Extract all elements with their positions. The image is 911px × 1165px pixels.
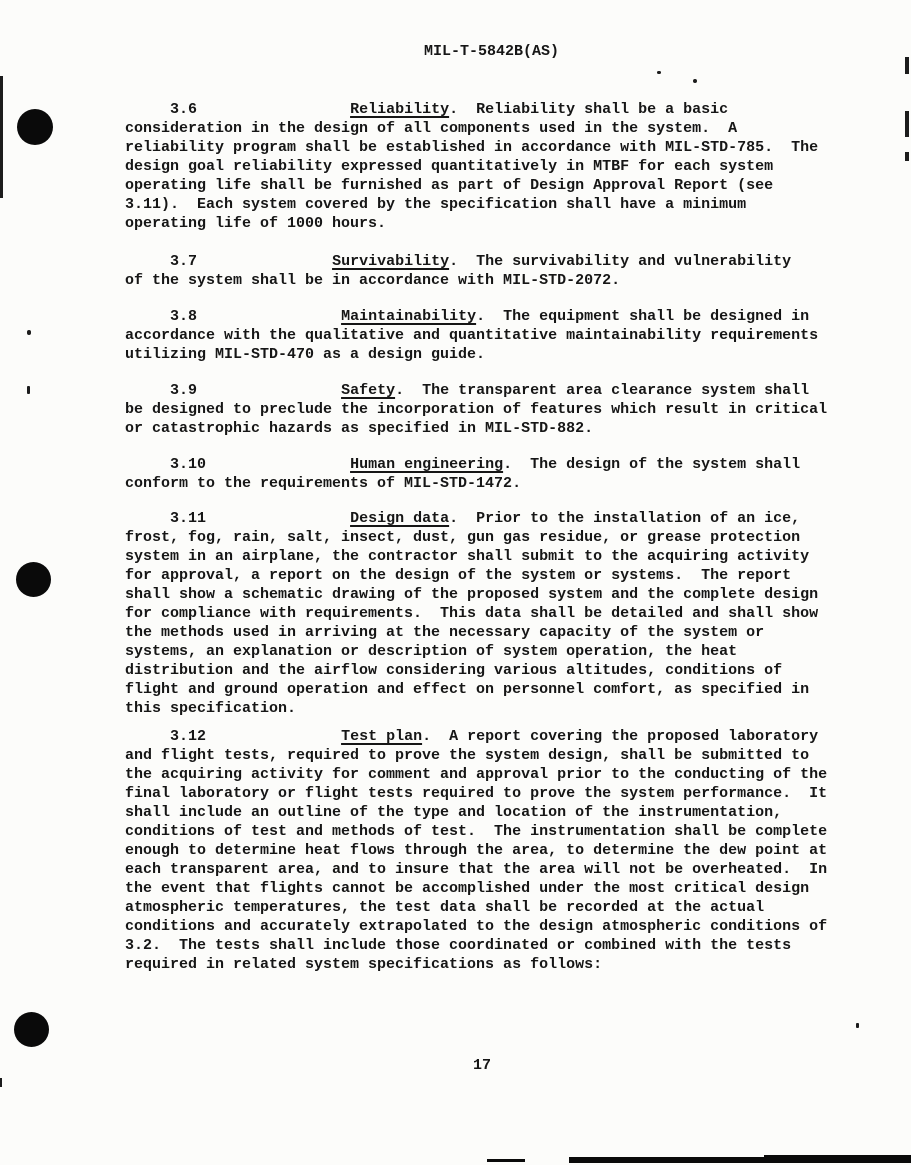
section-tab	[197, 308, 341, 325]
scan-edge-artifact	[0, 76, 3, 198]
document-body: 3.6 Reliability. Reliability shall be a …	[125, 100, 865, 974]
bottom-scan-bar	[487, 1159, 525, 1162]
section-tab	[206, 456, 350, 473]
section-indent	[125, 456, 170, 473]
section-text: . A report covering the proposed laborat…	[125, 728, 827, 973]
scan-speck	[693, 79, 697, 83]
section-tab	[197, 101, 350, 118]
section-title: Safety	[341, 382, 395, 399]
section-title: Reliability	[350, 101, 449, 118]
hole-punch-mark	[16, 562, 51, 597]
scanned-document-page: { "colors": { "ink": "#161616", "paper":…	[0, 0, 911, 1165]
section-tab	[197, 253, 332, 270]
section-title: Human engineering	[350, 456, 503, 473]
scan-speck	[657, 71, 661, 74]
section-3-9: 3.9 Safety. The transparent area clearan…	[125, 381, 865, 438]
scan-edge-artifact	[905, 111, 909, 137]
section-3-8: 3.8 Maintainability. The equipment shall…	[125, 307, 865, 364]
section-3-7: 3.7 Survivability. The survivability and…	[125, 252, 865, 290]
section-title: Test plan	[341, 728, 422, 745]
section-number: 3.6	[170, 101, 197, 118]
section-title: Survivability	[332, 253, 449, 270]
section-indent	[125, 382, 170, 399]
section-tab	[197, 382, 341, 399]
hole-punch-mark	[14, 1012, 49, 1047]
section-number: 3.12	[170, 728, 206, 745]
section-indent	[125, 308, 170, 325]
scan-edge-artifact	[905, 152, 909, 161]
section-number: 3.10	[170, 456, 206, 473]
section-number: 3.7	[170, 253, 197, 270]
document-page: MIL-T-5842B(AS) 3.6 Reliability. Reliabi…	[0, 0, 911, 1165]
section-title: Maintainability	[341, 308, 476, 325]
section-3-10: 3.10 Human engineering. The design of th…	[125, 455, 865, 493]
document-id-header: MIL-T-5842B(AS)	[424, 43, 559, 60]
page-number: 17	[473, 1057, 491, 1074]
section-tab	[206, 510, 350, 527]
section-indent	[125, 253, 170, 270]
section-text: . Reliability shall be a basic considera…	[125, 101, 818, 232]
section-3-11: 3.11 Design data. Prior to the installat…	[125, 509, 865, 718]
section-indent	[125, 510, 170, 527]
section-3-12: 3.12 Test plan. A report covering the pr…	[125, 727, 865, 974]
scan-speck	[27, 330, 31, 335]
section-text: . Prior to the installation of an ice, f…	[125, 510, 818, 717]
section-indent	[125, 728, 170, 745]
section-number: 3.8	[170, 308, 197, 325]
scan-edge-artifact	[0, 1078, 2, 1087]
scan-speck	[856, 1023, 859, 1028]
section-title: Design data	[350, 510, 449, 527]
hole-punch-mark	[17, 109, 53, 145]
section-number: 3.9	[170, 382, 197, 399]
scan-speck	[27, 386, 30, 394]
scan-edge-artifact	[905, 57, 909, 74]
section-indent	[125, 101, 170, 118]
section-number: 3.11	[170, 510, 206, 527]
section-3-6: 3.6 Reliability. Reliability shall be a …	[125, 100, 865, 233]
bottom-scan-bar	[764, 1155, 911, 1163]
section-tab	[206, 728, 341, 745]
